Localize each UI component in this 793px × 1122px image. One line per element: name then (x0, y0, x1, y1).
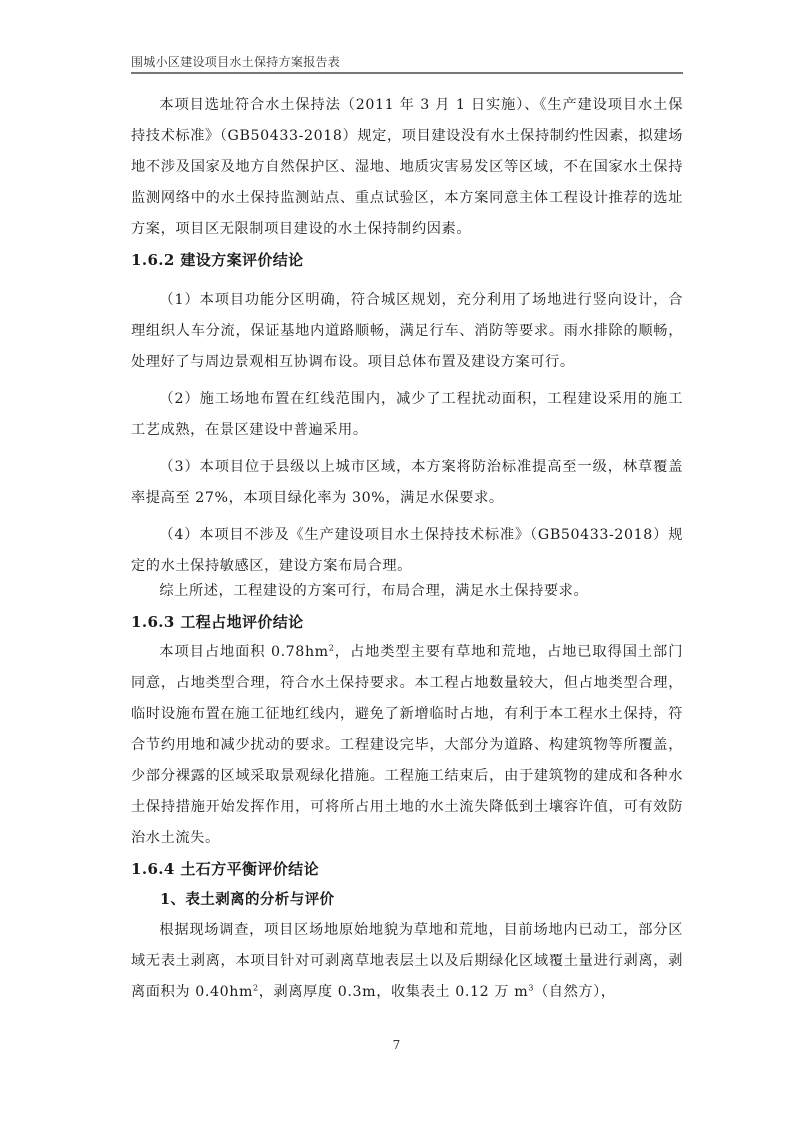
land-area-text: 本项目占地面积 0.78hm (159, 644, 328, 660)
construction-plan-item-2: （2）施工场地布置在红线范围内，减少了工程扰动面积，工程建设采用的施工工艺成熟，… (131, 384, 683, 446)
document-title: 围城小区建设项目水土保持方案报告表 (131, 53, 340, 70)
land-occupation-paragraph: 本项目占地面积 0.78hm2，占地类型主要有草地和荒地，占地已取得国土部门同意… (131, 637, 683, 854)
section-heading-1-6-2: 1.6.2 建设方案评价结论 (131, 245, 683, 275)
topsoil-stripping-paragraph: 根据现场调查，项目区场地原始地貌为草地和荒地，目前场地内已动工，部分区域无表土剥… (131, 915, 683, 1008)
construction-plan-item-3: （3）本项目位于县级以上城市区域，本方案将防治标准提高至一级，林草覆盖率提高至 … (131, 452, 683, 514)
construction-plan-summary: 综上所述，工程建设的方案可行，布局合理，满足水土保持要求。 (131, 576, 683, 607)
section-heading-1-6-4: 1.6.4 土石方平衡评价结论 (131, 854, 683, 884)
topsoil-text-part2: ，剥离厚度 0.3m，收集表土 0.12 万 m (259, 984, 529, 1000)
page-number: 7 (0, 1038, 793, 1052)
land-occupation-text: ，占地类型主要有草地和荒地，占地已取得国土部门同意，占地类型合理，符合水土保持要… (131, 644, 683, 846)
section-heading-1-6-3: 1.6.3 工程占地评价结论 (131, 607, 683, 637)
site-selection-paragraph: 本项目选址符合水土保持法（2011 年 3 月 1 日实施）、《生产建设项目水土… (131, 90, 683, 245)
topsoil-stripping-subheading: 1、表土剥离的分析与评价 (131, 884, 683, 915)
construction-plan-item-1: （1）本项目功能分区明确，符合城区规划，充分利用了场地进行竖向设计，合理组织人车… (131, 285, 683, 378)
page-header: 围城小区建设项目水土保持方案报告表 (131, 50, 683, 74)
document-body: 本项目选址符合水土保持法（2011 年 3 月 1 日实施）、《生产建设项目水土… (131, 90, 683, 1008)
construction-plan-item-4: （4）本项目不涉及《生产建设项目水土保持技术标准》（GB50433-2018）规… (131, 520, 683, 582)
topsoil-text-part3: （自然方）， (534, 984, 616, 1000)
